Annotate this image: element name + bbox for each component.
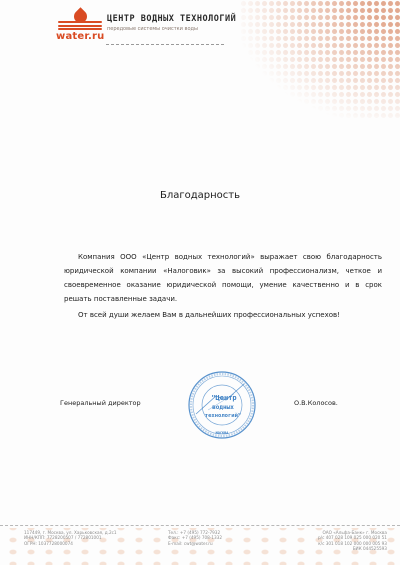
paragraph-gratitude: Компания ООО «Центр водных технологий» в… (64, 250, 382, 306)
wave-lines-icon (58, 21, 102, 31)
signatory-name: О.В.Колосов. (294, 399, 338, 407)
stamp-line-1: "Центр (211, 394, 236, 402)
letterhead-footer: 117449, г. Москва, ул. Харьковская, д.2с… (0, 528, 400, 565)
stamp-line-3: технологий" (205, 413, 241, 419)
decorative-dot-pattern (240, 0, 400, 120)
logo-text: water.ru (56, 31, 105, 42)
document-title: Благодарность (0, 190, 400, 201)
footer-contacts: Тел.: +7 (495) 772-7932 Факс: +7 (495) 7… (168, 530, 222, 546)
footer-bank-details: ОАО «Альфа-Банк» г. Москва р/с 407 028 1… (318, 530, 387, 551)
signatory-position: Генеральный директор (60, 399, 141, 407)
header-divider (106, 44, 224, 45)
stamp-city: МОСКВА (216, 431, 230, 435)
paragraph-wishes: От всей души желаем Вам в дальнейших про… (64, 308, 382, 322)
stamp-line-2: водных (212, 404, 234, 411)
footer-address: 117449, г. Москва, ул. Харьковская, д.2с… (24, 530, 117, 546)
letter-body: Компания ООО «Центр водных технологий» в… (64, 250, 382, 322)
company-logo: water.ru (54, 8, 106, 42)
company-stamp: "Центр водных технологий" МОСКВА (186, 370, 258, 440)
document-page: water.ru ЦЕНТР ВОДНЫХ ТЕХНОЛОГИЙ передов… (0, 0, 400, 565)
footer-divider (0, 525, 400, 526)
company-name: ЦЕНТР ВОДНЫХ ТЕХНОЛОГИЙ (107, 14, 236, 24)
letterhead: water.ru ЦЕНТР ВОДНЫХ ТЕХНОЛОГИЙ передов… (54, 8, 234, 42)
company-tagline: передовые системы очистки воды (107, 26, 198, 32)
